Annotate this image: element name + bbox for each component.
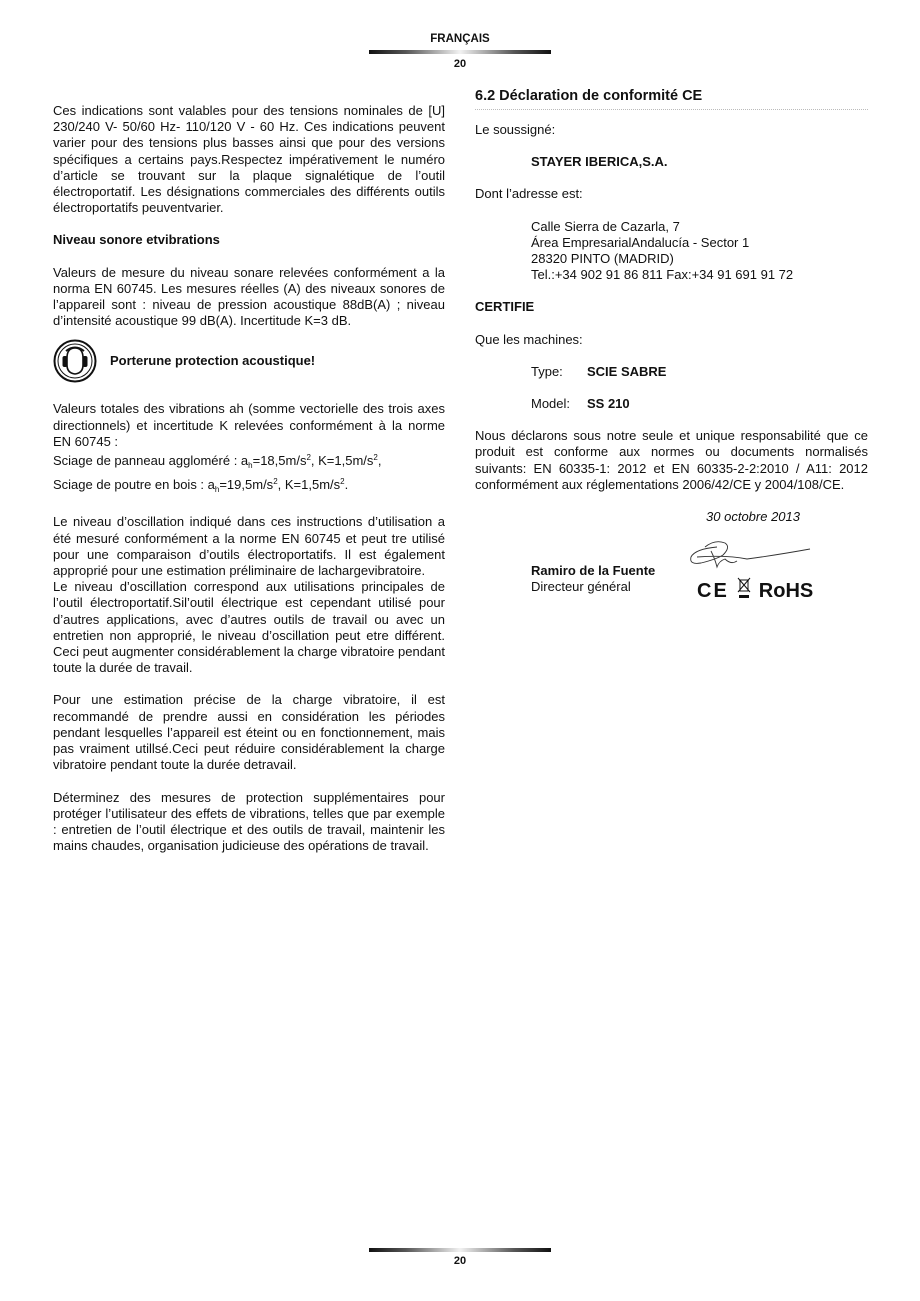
certifie-label: CERTIFIE [475, 299, 868, 315]
intro-paragraph: Ces indications sont valables pour des t… [53, 103, 445, 216]
vibration-value-row: Sciage de poutre en bois : ah=19,5m/s2, … [53, 474, 445, 498]
model-label: Model: [531, 396, 587, 412]
language-label: FRANÇAIS [0, 33, 920, 45]
type-value: SCIE SABRE [587, 364, 666, 380]
address-line: Tel.:+34 902 91 86 811 Fax:+34 91 691 91… [531, 267, 868, 283]
signer-title: Directeur général [531, 579, 655, 595]
signature-icon [687, 537, 812, 577]
footer-divider [369, 1248, 551, 1252]
signer-name: Ramiro de la Fuente [531, 563, 655, 579]
ear-protection-warning: Porterune protection acoustique! [53, 339, 445, 383]
rohs-mark: RoHS [759, 583, 813, 599]
protection-paragraph: Déterminez des mesures de protection sup… [53, 790, 445, 855]
ce-mark: CE [697, 583, 729, 599]
oscillation-paragraph-1: Le niveau d’oscillation indiqué dans ces… [53, 514, 445, 579]
header-page-number: 20 [0, 58, 920, 70]
vibration-intro: Valeurs totales des vibrations ah (somme… [53, 401, 445, 450]
model-value: SS 210 [587, 396, 630, 412]
undersigned-label: Le soussigné: [475, 122, 868, 138]
signature-block: Ramiro de la Fuente Directeur général CE… [475, 525, 868, 605]
right-column: 6.2 Déclaration de conformité CE Le sous… [475, 87, 868, 605]
address-line: Área EmpresarialAndalucía - Sector 1 [531, 235, 868, 251]
estimation-paragraph: Pour une estimation précise de la charge… [53, 692, 445, 773]
type-row: Type: SCIE SABRE [475, 364, 868, 380]
warning-text: Porterune protection acoustique! [110, 353, 315, 369]
oscillation-paragraph-2: Le niveau d’oscillation correspond aux u… [53, 579, 445, 676]
address-block: Calle Sierra de Cazarla, 7 Área Empresar… [475, 219, 868, 284]
left-column: Ces indications sont valables pour des t… [53, 103, 445, 854]
machines-label: Que les machines: [475, 332, 868, 348]
company-name: STAYER IBERICA,S.A. [475, 154, 868, 170]
footer-page-number: 20 [0, 1255, 920, 1267]
model-row: Model: SS 210 [475, 396, 868, 412]
section-title: 6.2 Déclaration de conformité CE [475, 87, 868, 110]
signer: Ramiro de la Fuente Directeur général [531, 563, 655, 595]
address-line: Calle Sierra de Cazarla, 7 [531, 219, 868, 235]
noise-paragraph: Valeurs de mesure du niveau sonare relev… [53, 265, 445, 330]
header-divider [369, 50, 551, 54]
vibration-value-row: Sciage de panneau aggloméré : ah=18,5m/s… [53, 450, 445, 474]
declaration-date: 30 octobre 2013 [475, 509, 868, 525]
weee-bin-icon [737, 577, 751, 599]
address-line: 28320 PINTO (MADRID) [531, 251, 868, 267]
noise-heading: Niveau sonore etvibrations [53, 232, 445, 248]
certification-marks: CE RoHS [697, 577, 813, 599]
declaration-paragraph: Nous déclarons sous notre seule et uniqu… [475, 428, 868, 493]
address-label: Dont l’adresse est: [475, 186, 868, 202]
ear-protection-icon [53, 339, 97, 383]
type-label: Type: [531, 364, 587, 380]
